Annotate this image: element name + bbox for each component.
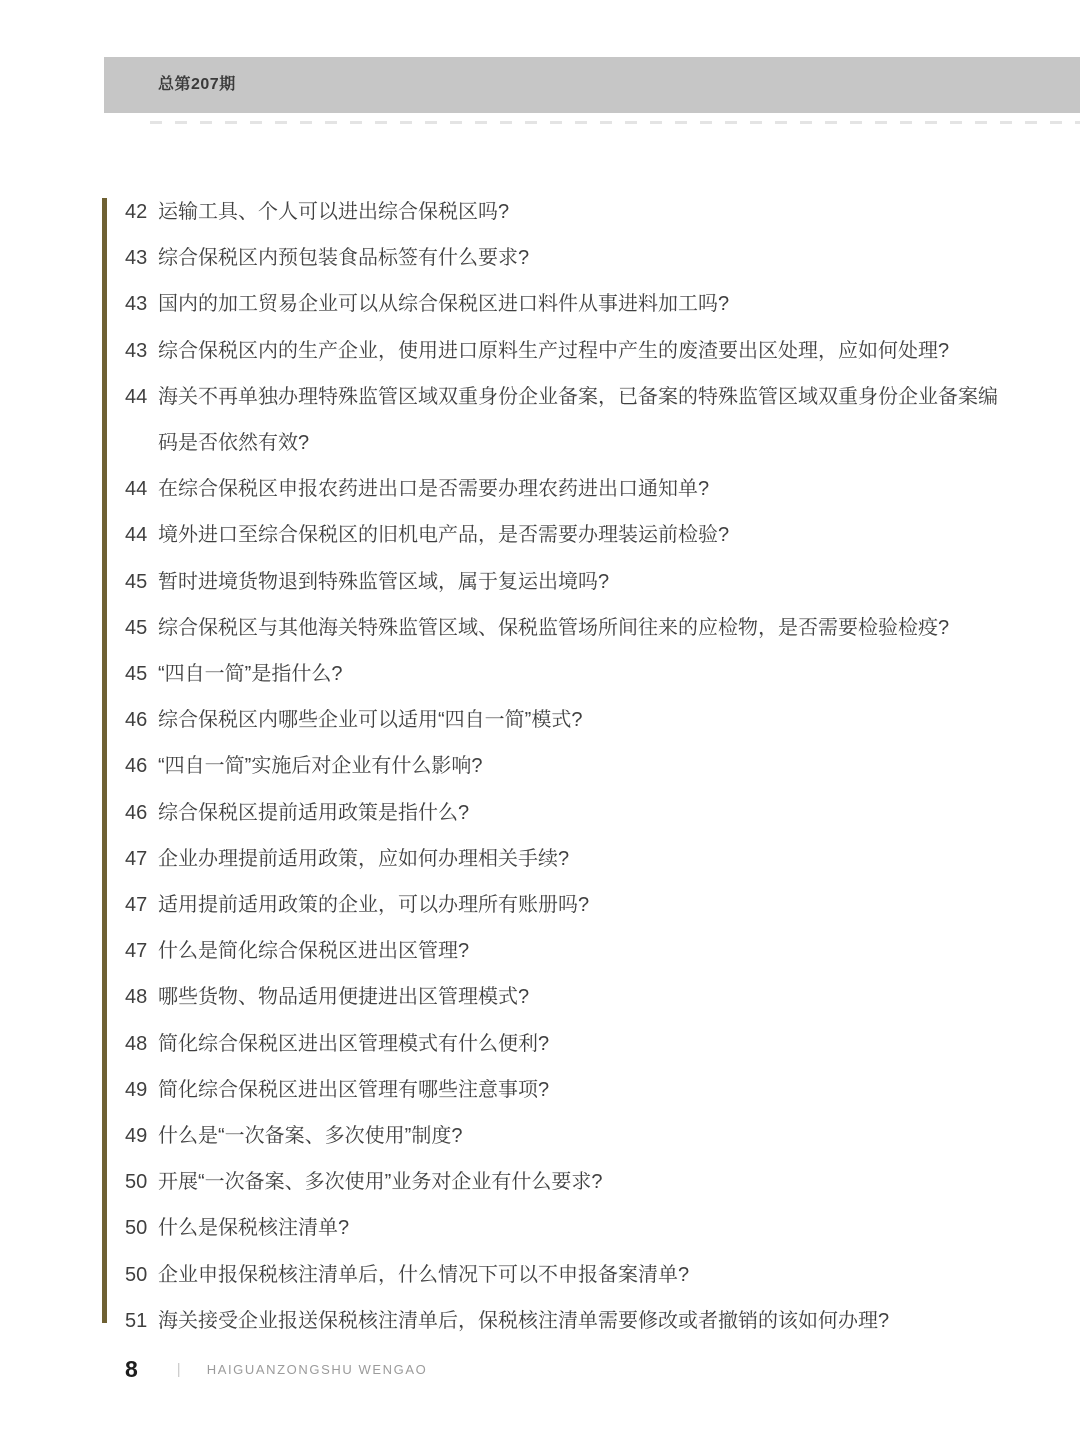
toc-section: 42 运输工具、个人可以进出综合保税区吗? 43 综合保税区内预包装食品标签有什… (102, 189, 1008, 1344)
toc-entry-page-number: 50 (125, 1205, 158, 1251)
toc-entry-question: 开展“一次备案、多次使用”业务对企业有什么要求? (158, 1159, 1002, 1205)
toc-entry-question: 企业办理提前适用政策，应如何办理相关手续? (158, 836, 1002, 882)
toc-entry-page-number: 46 (125, 743, 158, 789)
page: 总第207期 42 运输工具、个人可以进出综合保税区吗? 43 综合保税区内预包… (0, 0, 1080, 1432)
toc-entry-question: 企业申报保税核注清单后，什么情况下可以不申报备案清单? (158, 1252, 1002, 1298)
toc-entry-question: 运输工具、个人可以进出综合保税区吗? (158, 189, 1002, 235)
toc-entry: 47 什么是简化综合保税区进出区管理? (125, 928, 1008, 974)
toc-entries-list: 42 运输工具、个人可以进出综合保税区吗? 43 综合保税区内预包装食品标签有什… (102, 189, 1008, 1344)
toc-entry-question: 简化综合保税区进出区管理有哪些注意事项? (158, 1067, 1002, 1113)
toc-entry-page-number: 46 (125, 697, 158, 743)
toc-entry-question: 综合保税区提前适用政策是指什么? (158, 790, 1002, 836)
toc-entry: 47 企业办理提前适用政策，应如何办理相关手续? (125, 836, 1008, 882)
toc-entry-page-number: 50 (125, 1252, 158, 1298)
toc-entry-page-number: 51 (125, 1298, 158, 1344)
toc-entry-question: 什么是“一次备案、多次使用”制度? (158, 1113, 1002, 1159)
left-accent-bar (102, 198, 107, 1323)
toc-entry: 43 综合保税区内预包装食品标签有什么要求? (125, 235, 1008, 281)
toc-entry-page-number: 45 (125, 651, 158, 697)
toc-entry: 42 运输工具、个人可以进出综合保税区吗? (125, 189, 1008, 235)
toc-entry: 50 什么是保税核注清单? (125, 1205, 1008, 1251)
toc-entry-page-number: 50 (125, 1159, 158, 1205)
toc-entry: 46 “四自一简”实施后对企业有什么影响? (125, 743, 1008, 789)
issue-label: 总第207期 (158, 57, 236, 113)
page-footer: 8 | HAIGUANZONGSHU WENGAO (125, 1352, 427, 1386)
toc-entry: 44 在综合保税区申报农药进出口是否需要办理农药进出口通知单? (125, 466, 1008, 512)
toc-entry-page-number: 47 (125, 882, 158, 928)
toc-entry-question: 在综合保税区申报农药进出口是否需要办理农药进出口通知单? (158, 466, 1002, 512)
toc-entry: 46 综合保税区提前适用政策是指什么? (125, 790, 1008, 836)
toc-entry-question: 综合保税区内的生产企业，使用进口原料生产过程中产生的废渣要出区处理，应如何处理? (158, 328, 1002, 374)
toc-entry: 49 简化综合保税区进出区管理有哪些注意事项? (125, 1067, 1008, 1113)
toc-entry-page-number: 43 (125, 281, 158, 327)
toc-entry: 45 “四自一简”是指什么? (125, 651, 1008, 697)
dashed-divider (150, 121, 1080, 124)
toc-entry-page-number: 44 (125, 466, 158, 512)
toc-entry-question: 简化综合保税区进出区管理模式有什么便利? (158, 1021, 1002, 1067)
toc-entry: 48 简化综合保税区进出区管理模式有什么便利? (125, 1021, 1008, 1067)
toc-entry-question: 境外进口至综合保税区的旧机电产品，是否需要办理装运前检验? (158, 512, 1002, 558)
toc-entry-question: “四自一简”是指什么? (158, 651, 1002, 697)
toc-entry: 44 境外进口至综合保税区的旧机电产品，是否需要办理装运前检验? (125, 512, 1008, 558)
toc-entry: 49 什么是“一次备案、多次使用”制度? (125, 1113, 1008, 1159)
toc-entry-question: 什么是保税核注清单? (158, 1205, 1002, 1251)
toc-entry-question: 国内的加工贸易企业可以从综合保税区进口料件从事进料加工吗? (158, 281, 1002, 327)
toc-entry: 44 海关不再单独办理特殊监管区域双重身份企业备案，已备案的特殊监管区域双重身份… (125, 374, 1008, 466)
toc-entry: 43 国内的加工贸易企业可以从综合保税区进口料件从事进料加工吗? (125, 281, 1008, 327)
toc-entry: 45 暂时进境货物退到特殊监管区域，属于复运出境吗? (125, 559, 1008, 605)
toc-entry: 50 企业申报保税核注清单后，什么情况下可以不申报备案清单? (125, 1252, 1008, 1298)
toc-entry-question: 综合保税区与其他海关特殊监管区域、保税监管场所间往来的应检物，是否需要检验检疫? (158, 605, 1002, 651)
toc-entry: 46 综合保税区内哪些企业可以适用“四自一简”模式? (125, 697, 1008, 743)
toc-entry-page-number: 44 (125, 374, 158, 420)
page-number: 8 (125, 1356, 138, 1383)
toc-entry-page-number: 47 (125, 928, 158, 974)
toc-entry-question: 哪些货物、物品适用便捷进出区管理模式? (158, 974, 1002, 1020)
toc-entry-question: 适用提前适用政策的企业，可以办理所有账册吗? (158, 882, 1002, 928)
toc-entry-page-number: 47 (125, 836, 158, 882)
toc-entry-question: 海关接受企业报送保税核注清单后，保税核注清单需要修改或者撤销的该如何办理? (158, 1298, 1002, 1344)
toc-entry-page-number: 49 (125, 1067, 158, 1113)
toc-entry-page-number: 49 (125, 1113, 158, 1159)
toc-entry: 43 综合保税区内的生产企业，使用进口原料生产过程中产生的废渣要出区处理，应如何… (125, 328, 1008, 374)
journal-name: HAIGUANZONGSHU WENGAO (207, 1362, 428, 1377)
footer-separator: | (177, 1361, 181, 1378)
issue-header-bar: 总第207期 (104, 57, 1080, 113)
toc-entry-question: 什么是简化综合保税区进出区管理? (158, 928, 1002, 974)
toc-entry: 48 哪些货物、物品适用便捷进出区管理模式? (125, 974, 1008, 1020)
toc-entry: 47 适用提前适用政策的企业，可以办理所有账册吗? (125, 882, 1008, 928)
toc-entry-question: “四自一简”实施后对企业有什么影响? (158, 743, 1002, 789)
toc-entry-page-number: 44 (125, 512, 158, 558)
toc-entry-page-number: 42 (125, 189, 158, 235)
toc-entry-page-number: 45 (125, 605, 158, 651)
toc-entry: 51 海关接受企业报送保税核注清单后，保税核注清单需要修改或者撤销的该如何办理? (125, 1298, 1008, 1344)
toc-entry: 45 综合保税区与其他海关特殊监管区域、保税监管场所间往来的应检物，是否需要检验… (125, 605, 1008, 651)
toc-entry-page-number: 43 (125, 235, 158, 281)
toc-entry-question: 综合保税区内哪些企业可以适用“四自一简”模式? (158, 697, 1002, 743)
toc-entry-page-number: 43 (125, 328, 158, 374)
toc-entry-page-number: 46 (125, 790, 158, 836)
toc-entry-page-number: 48 (125, 974, 158, 1020)
toc-entry-page-number: 45 (125, 559, 158, 605)
toc-entry-page-number: 48 (125, 1021, 158, 1067)
toc-entry-question: 综合保税区内预包装食品标签有什么要求? (158, 235, 1002, 281)
toc-entry-question: 海关不再单独办理特殊监管区域双重身份企业备案，已备案的特殊监管区域双重身份企业备… (158, 374, 1002, 466)
toc-entry-question: 暂时进境货物退到特殊监管区域，属于复运出境吗? (158, 559, 1002, 605)
toc-entry: 50 开展“一次备案、多次使用”业务对企业有什么要求? (125, 1159, 1008, 1205)
